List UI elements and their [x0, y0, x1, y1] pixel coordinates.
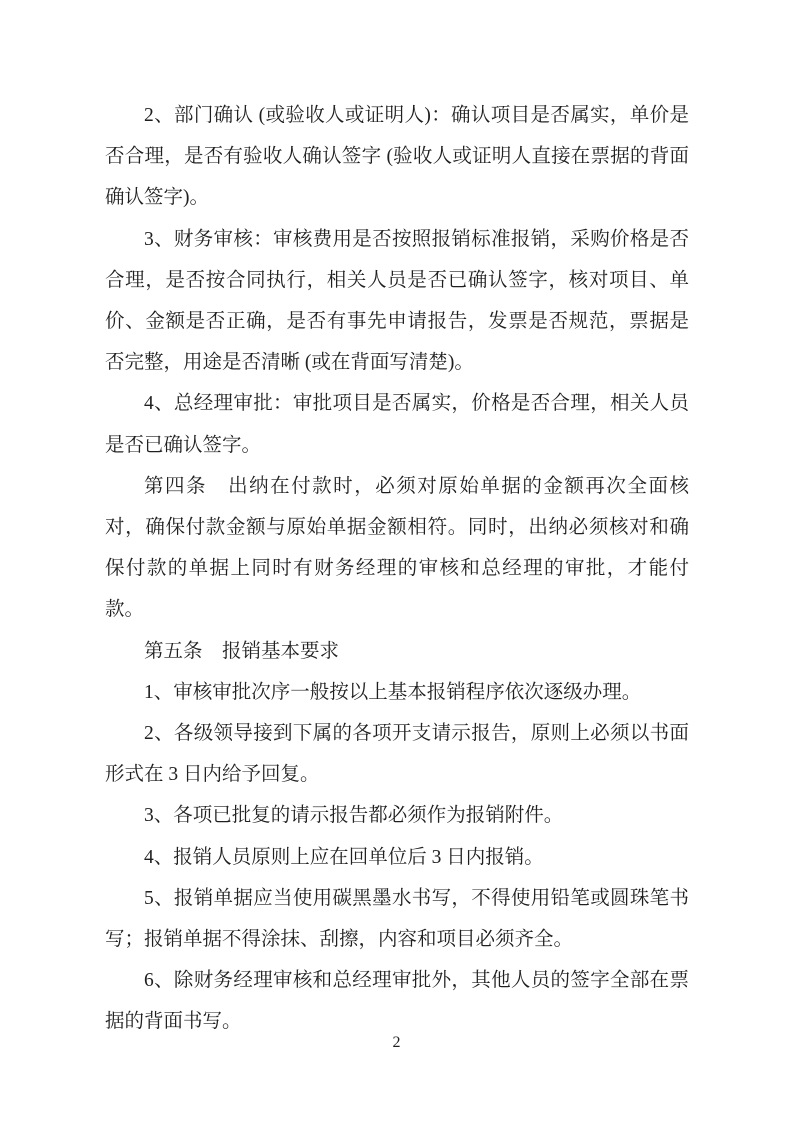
paragraph: 6、除财务经理审核和总经理审批外，其他人员的签字全部在票据的背面书写。 [105, 960, 689, 1042]
paragraph: 5、报销单据应当使用碳黑墨水书写，不得使用铅笔或圆珠笔书写；报销单据不得涂抹、刮… [105, 878, 689, 960]
paragraph: 4、报销人员原则上应在回单位后 3 日内报销。 [105, 837, 689, 878]
paragraph: 2、各级领导接到下属的各项开支请示报告，原则上必须以书面形式在 3 日内给予回复… [105, 713, 689, 795]
paragraph: 第四条 出纳在付款时，必须对原始单据的金额再次全面核对，确保付款金额与原始单据金… [105, 466, 689, 631]
paragraph: 2、部门确认 (或验收人或证明人)：确认项目是否属实，单价是否合理，是否有验收人… [105, 95, 689, 219]
paragraph: 3、财务审核：审核费用是否按照报销标准报销，采购价格是否合理，是否按合同执行，相… [105, 219, 689, 384]
page-footer: 2 [0, 1034, 793, 1052]
paragraph: 1、审核审批次序一般按以上基本报销程序依次逐级办理。 [105, 672, 689, 713]
paragraph: 4、总经理审批：审批项目是否属实，价格是否合理，相关人员是否已确认签字。 [105, 383, 689, 465]
paragraph: 第五条 报销基本要求 [105, 631, 689, 672]
paragraph: 3、各项已批复的请示报告都必须作为报销附件。 [105, 795, 689, 836]
page-number: 2 [393, 1034, 401, 1051]
document-body: 2、部门确认 (或验收人或证明人)：确认项目是否属实，单价是否合理，是否有验收人… [105, 95, 689, 1043]
document-page: 2、部门确认 (或验收人或证明人)：确认项目是否属实，单价是否合理，是否有验收人… [0, 0, 793, 1122]
